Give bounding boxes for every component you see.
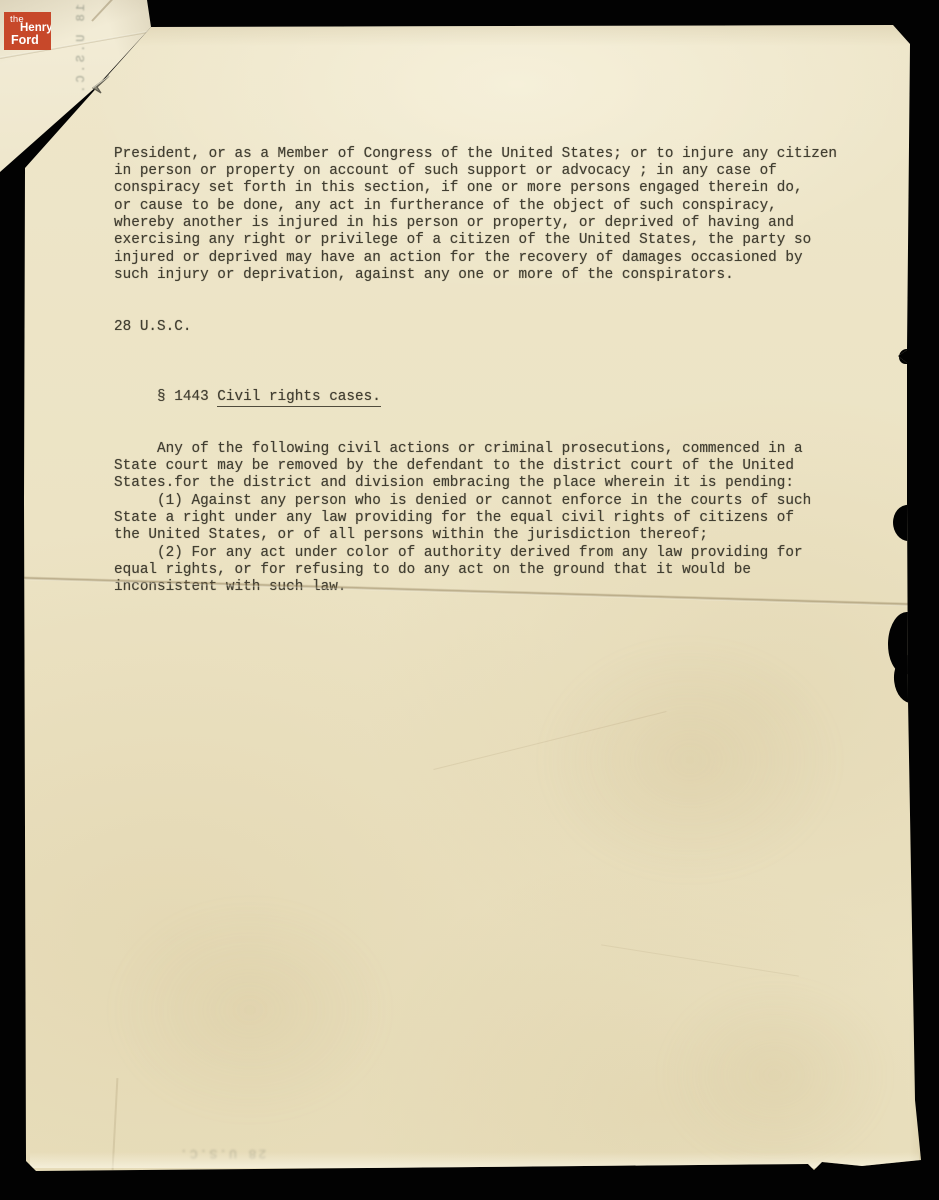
section-title: Civil rights cases. [217,389,381,407]
paper-stain [540,640,840,880]
staple [82,66,122,106]
paper-stain [110,900,390,1120]
section-heading: § 1443 Civil rights cases. [114,389,874,406]
page-bottom-edge-highlight [30,1152,919,1168]
paragraph-conspiracy: President, or as a Member of Congress of… [114,146,874,285]
henry-ford-logo: the Henry Ford [4,12,51,50]
paper-stain [660,980,890,1170]
tear-notch [899,349,913,364]
typed-text-block: President, or as a Member of Congress of… [114,111,874,631]
statute-code: 28 U.S.C. [114,319,874,336]
logo-text-ford: Ford [11,34,51,46]
folded-corner-edge [91,0,148,22]
tear-notch [890,503,926,544]
paper-wrinkle [601,944,799,976]
document-page: President, or as a Member of Congress of… [0,0,939,1200]
paragraph-removal-statute: Any of the following civil actions or cr… [114,441,874,597]
scan-background: President, or as a Member of Congress of… [0,0,939,1200]
section-number: § 1443 [114,389,217,405]
logo-text-henry: Henry [20,23,51,34]
